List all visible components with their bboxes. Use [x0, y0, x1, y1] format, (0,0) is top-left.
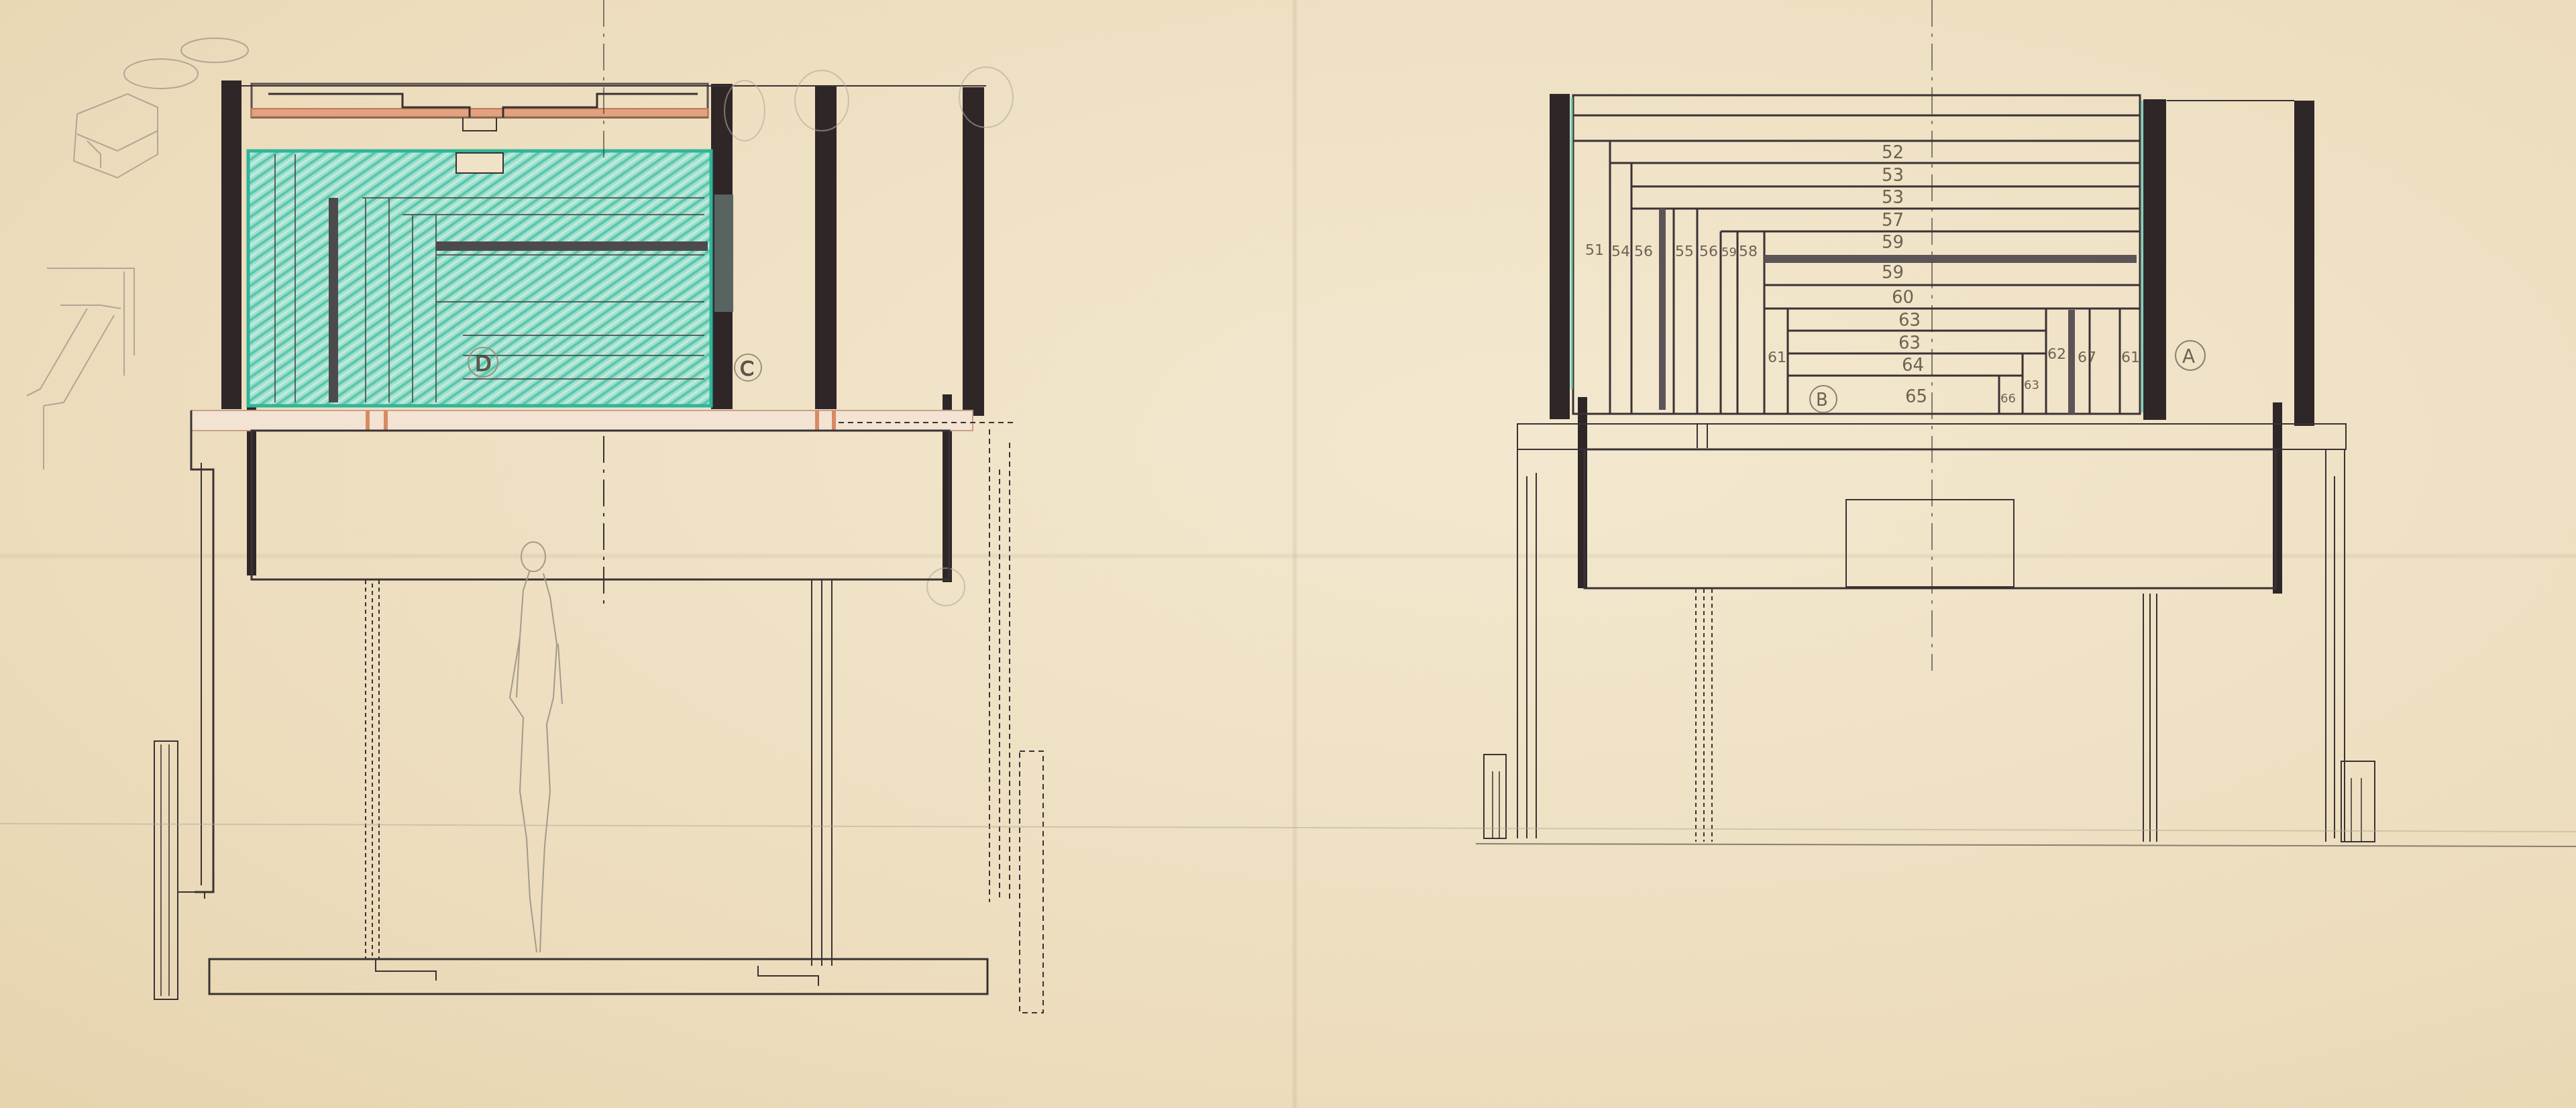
row-label-53a: 53 — [1882, 166, 1904, 186]
row-label-63a: 63 — [1898, 311, 1921, 331]
architectural-drawing: D C — [0, 0, 2576, 1108]
drawing-sheet: D C — [0, 0, 2576, 1108]
col-label-61b: 61 — [2121, 349, 2140, 366]
col-label-66: 66 — [2000, 392, 2016, 406]
row-label-59b: 59 — [1882, 263, 1904, 283]
col-label-51: 51 — [1585, 242, 1604, 259]
row-label-63b: 63 — [1898, 333, 1921, 353]
right-elevation: 52 53 53 57 59 59 60 63 63 64 65 51 54 5… — [1476, 0, 2576, 846]
col-label-54: 54 — [1611, 243, 1630, 260]
col-label-58: 58 — [1739, 243, 1758, 260]
col-label-59: 59 — [1721, 245, 1737, 260]
col-label-67: 67 — [2078, 349, 2096, 366]
row-label-52: 52 — [1882, 143, 1904, 163]
row-label-53b: 53 — [1882, 188, 1904, 208]
row-label-57: 57 — [1882, 211, 1904, 231]
label-c: C — [740, 357, 754, 381]
col-label-55: 55 — [1675, 243, 1694, 260]
col-label-62: 62 — [2047, 346, 2066, 363]
label-b: B — [1816, 390, 1828, 410]
col-label-61a: 61 — [1768, 349, 1786, 366]
row-label-60: 60 — [1892, 288, 1914, 308]
label-a: A — [2182, 345, 2195, 368]
row-label-59a: 59 — [1882, 233, 1904, 253]
row-label-65: 65 — [1905, 387, 1927, 407]
col-label-63: 63 — [2024, 378, 2039, 392]
human-figure — [510, 542, 562, 952]
row-label-64: 64 — [1902, 355, 1924, 376]
col-label-56b: 56 — [1699, 243, 1718, 260]
bracket-sketch — [27, 268, 134, 469]
fold-line — [0, 824, 2576, 832]
col-label-56a: 56 — [1634, 243, 1653, 260]
left-elevation: D C — [27, 0, 1043, 1013]
label-d: D — [475, 351, 492, 376]
